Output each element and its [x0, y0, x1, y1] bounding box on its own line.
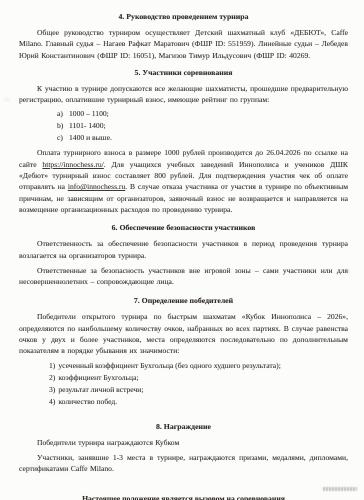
list-item: 1) усеченный коэффициент Бухгольца (без …	[49, 360, 348, 371]
list-item: c) 1400 и выше.	[57, 132, 348, 143]
list-item: 2) коэффициент Бухгольца;	[49, 372, 348, 383]
section5-paragraph: К участию в турнире допускаются все жела…	[19, 83, 348, 106]
section6-paragraph-2: Ответственные за безопасность участников…	[19, 265, 348, 288]
list-item: 4) количество побед.	[49, 396, 348, 407]
scan-artifact	[345, 269, 350, 274]
section-heading-5: 5. Участники соревнования	[19, 68, 348, 78]
list-item: a) 1000 – 1100;	[57, 108, 348, 119]
section6-paragraph-1: Ответственность за обеспечение безопасно…	[19, 238, 348, 261]
innochess-site-link[interactable]: https://innochess.ru/	[42, 160, 103, 169]
scan-artifact	[22, 464, 94, 471]
tiebreak-list: 1) усеченный коэффициент Бухгольца (без …	[19, 360, 348, 408]
list-item: 3) результат личной встречи;	[49, 384, 348, 395]
section-heading-4: 4. Руководство проведением турнира	[19, 12, 348, 22]
section-heading-8: 8. Награждение	[19, 422, 348, 432]
list-marker: b)	[57, 120, 69, 131]
final-statement: Настоящее положение является вызовом на …	[19, 494, 348, 500]
fees-paragraph: Оплата турнирного взноса в размере 1000 …	[19, 147, 348, 215]
list-marker: 2)	[49, 372, 55, 383]
list-item: b) 1101- 1400;	[57, 120, 348, 131]
section4-paragraph: Общее руководство турниром осуществляет …	[19, 27, 348, 61]
list-item-text: 1101- 1400;	[69, 120, 106, 131]
list-item-text: результат личной встречи;	[58, 384, 143, 395]
list-item-text: количество побед.	[58, 396, 117, 407]
list-marker: 4)	[49, 396, 55, 407]
document-page: 4. Руководство проведением турнира Общее…	[0, 0, 364, 500]
section-heading-6: 6. Обеспечение безопасности участников	[19, 223, 348, 233]
list-marker: a)	[57, 108, 69, 119]
list-item-text: коэффициент Бухгольца;	[58, 372, 138, 383]
section7-paragraph: Победители открытого турнира по быстрым …	[19, 311, 348, 356]
list-item-text: усеченный коэффициент Бухгольца (без одн…	[58, 360, 280, 371]
list-marker: c)	[57, 132, 69, 143]
list-item-text: 1400 и выше.	[69, 132, 112, 143]
rating-groups-list: a) 1000 – 1100; b) 1101- 1400; c) 1400 и…	[19, 108, 348, 143]
section-heading-7: 7. Определение победителей	[19, 296, 348, 306]
section8-paragraph-1: Победители турнира награждаются Кубком	[19, 437, 348, 448]
scan-artifact	[4, 98, 10, 101]
footer-watermark	[323, 487, 357, 491]
list-item-text: 1000 – 1100;	[69, 108, 109, 119]
list-marker: 3)	[49, 384, 55, 395]
list-marker: 1)	[49, 360, 55, 371]
innochess-email-link[interactable]: info@innochess.ru	[68, 182, 125, 191]
